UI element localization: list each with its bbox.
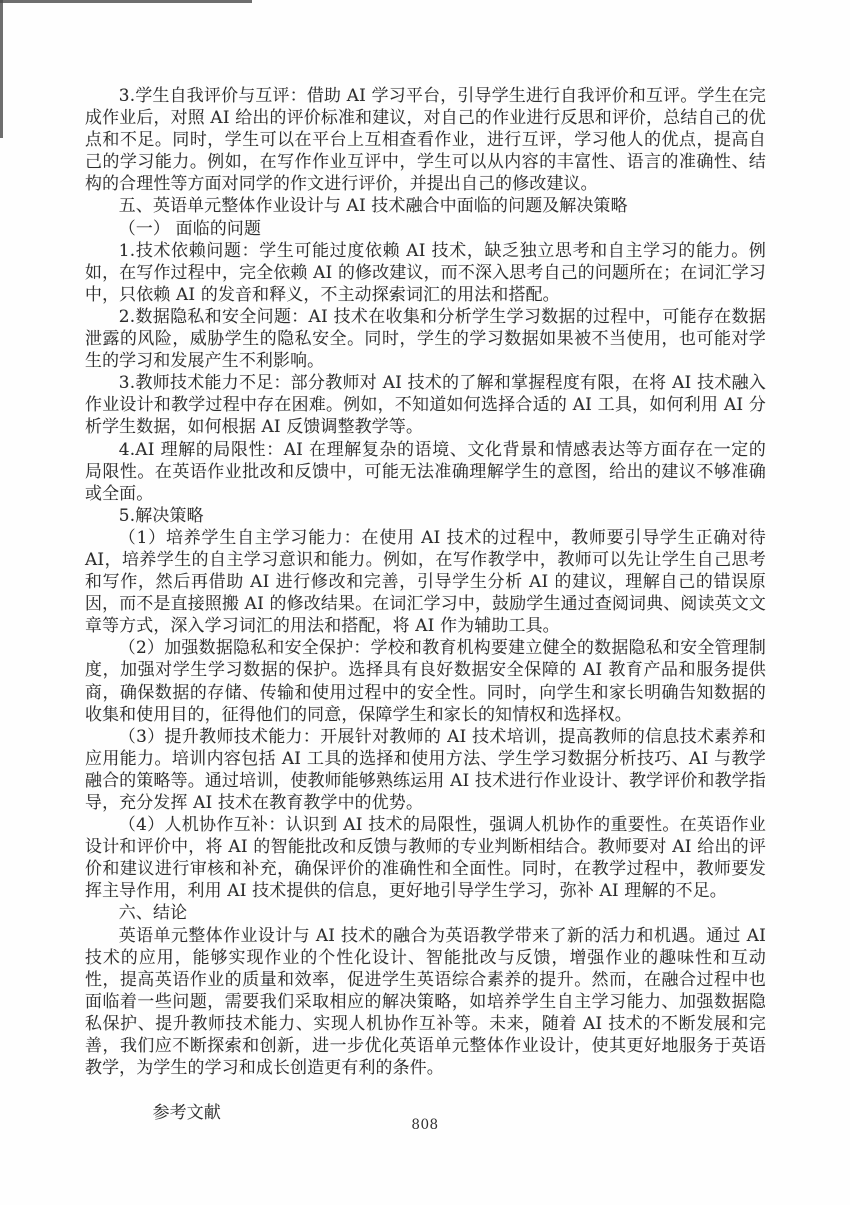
paragraph: （2）加强数据隐私和安全保护：学校和教育机构要建立健全的数据隐私和安全管理制度，… <box>85 636 766 724</box>
paragraph: （1）培养学生自主学习能力：在使用 AI 技术的过程中，教师要引导学生正确对待 … <box>85 526 766 636</box>
document-page: 3.学生自我评价与互评：借助 AI 学习平台，引导学生进行自我评价和互评。学生在… <box>0 0 850 1205</box>
scan-artifact-top-edge <box>0 0 252 3</box>
paragraph: 3.教师技术能力不足：部分教师对 AI 技术的了解和掌握程度有限，在将 AI 技… <box>85 371 766 437</box>
section-heading: （一） 面临的问题 <box>85 217 766 239</box>
paragraph: 4.AI 理解的局限性：AI 在理解复杂的语境、文化背景和情感表达等方面存在一定… <box>85 438 766 504</box>
section-heading: 五、英语单元整体作业设计与 AI 技术融合中面临的问题及解决策略 <box>85 194 766 216</box>
paragraph: 2.数据隐私和安全问题：AI 技术在收集和分析学生学习数据的过程中，可能存在数据… <box>85 305 766 371</box>
section-heading: 5.解决策略 <box>85 504 766 526</box>
section-heading: 六、结论 <box>85 901 766 923</box>
scan-artifact-left-edge <box>0 0 3 138</box>
paragraph: 3.学生自我评价与互评：借助 AI 学习平台，引导学生进行自我评价和互评。学生在… <box>85 84 766 194</box>
document-body: 3.学生自我评价与互评：借助 AI 学习平台，引导学生进行自我评价和互评。学生在… <box>85 84 766 1123</box>
paragraph: （3）提升教师技术能力：开展针对教师的 AI 技术培训，提高教师的信息技术素养和… <box>85 725 766 813</box>
page-number: 808 <box>0 1117 850 1133</box>
paragraph: 英语单元整体作业设计与 AI 技术的融合为英语教学带来了新的活力和机遇。通过 A… <box>85 924 766 1079</box>
paragraph: 1.技术依赖问题：学生可能过度依赖 AI 技术，缺乏独立思考和自主学习的能力。例… <box>85 239 766 305</box>
paragraph: （4）人机协作互补：认识到 AI 技术的局限性，强调人机协作的重要性。在英语作业… <box>85 813 766 901</box>
